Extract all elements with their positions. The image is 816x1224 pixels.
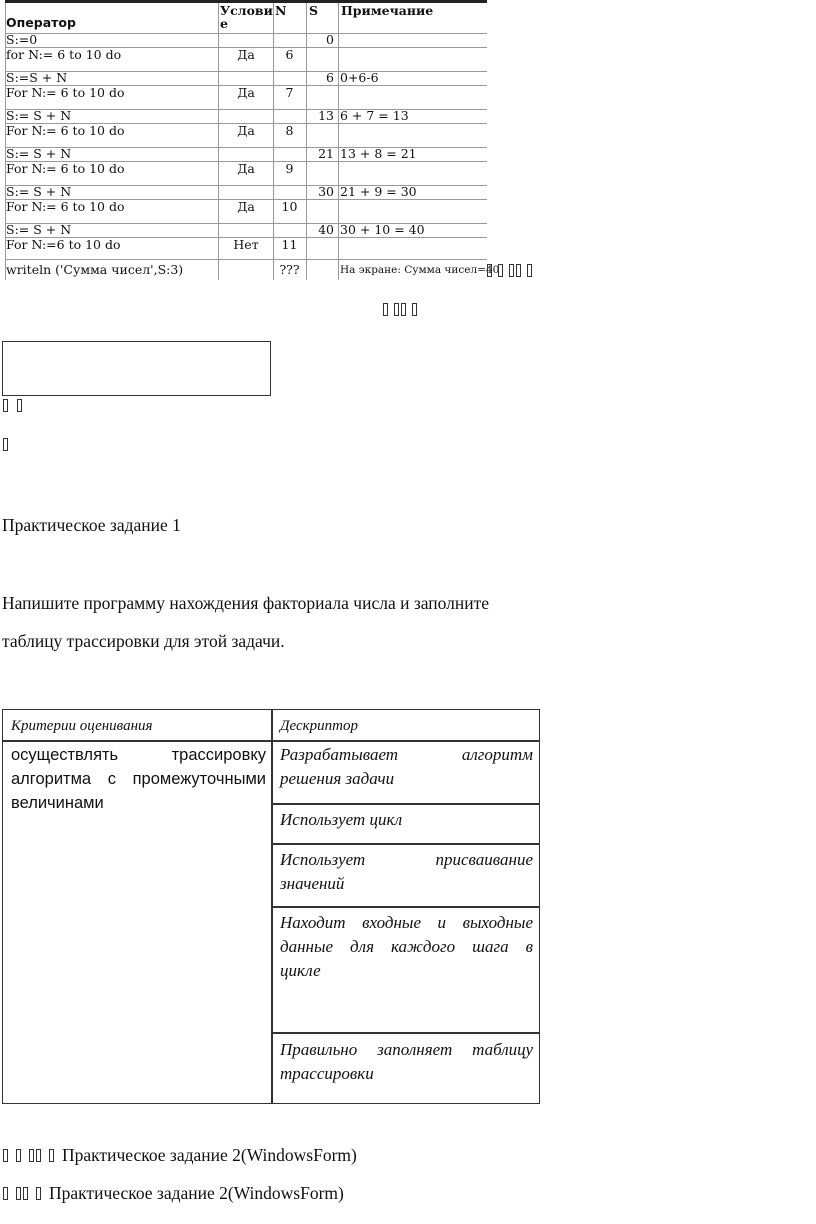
- missing-glyph-group: [383, 303, 417, 316]
- cell-n: 6: [273, 47, 306, 71]
- descriptor-4-line1: Находит входные и выходные: [280, 911, 533, 935]
- cell-s: 40: [307, 223, 338, 237]
- missing-glyph-icon: [16, 1187, 21, 1200]
- descriptor-5-line2: трассировки: [280, 1062, 533, 1086]
- cell-n: 9: [273, 161, 306, 185]
- column-divider: [273, 3, 274, 280]
- cell-note: 21 + 9 = 30: [339, 185, 487, 199]
- header-s: S: [307, 3, 338, 33]
- cell-s: 13: [307, 109, 338, 123]
- criterion-line1-right: трассировку: [172, 743, 266, 767]
- descriptor-3-line1: Использует присваивание: [280, 848, 533, 872]
- missing-glyph-pair: [509, 264, 521, 277]
- cell-n: [273, 33, 306, 47]
- missing-glyph-icon: [509, 264, 514, 277]
- cell-note: 6 + 7 = 13: [339, 109, 487, 123]
- cell-n: 11: [273, 237, 306, 259]
- header-criteria: Критерии оценивания: [11, 714, 266, 738]
- cell-note: [339, 33, 487, 47]
- cell-operator: For N:= 6 to 10 do: [5, 85, 218, 109]
- cell-operator: S:= S + N: [5, 185, 218, 199]
- missing-glyph-pair: [16, 1187, 28, 1200]
- cell-condition: Да: [219, 199, 273, 223]
- cell-n: 8: [273, 123, 306, 147]
- missing-glyph-icon: [401, 303, 406, 316]
- cell-s: 0: [307, 33, 338, 47]
- cell-operator: For N:= 6 to 10 do: [5, 199, 218, 223]
- cell-condition: [219, 71, 273, 85]
- cell-note: [339, 85, 487, 109]
- cell-s: 21: [307, 147, 338, 161]
- table-row: For N:= 6 to 10 doДа10: [5, 199, 487, 224]
- practical-task-1-instruction-line2: таблицу трассировки для этой задачи.: [2, 631, 285, 652]
- cell-note: [339, 123, 487, 147]
- missing-glyph-group: [3, 1149, 54, 1162]
- cell-n: [273, 147, 306, 161]
- cell-condition: Да: [219, 85, 273, 109]
- table-row: S:= S + N3021 + 9 = 30: [5, 185, 487, 200]
- table-row: For N:= 6 to 10 doДа7: [5, 85, 487, 110]
- cell-operator: For N:= 6 to 10 do: [5, 161, 218, 185]
- missing-glyph-icon: [498, 264, 503, 277]
- assessment-criteria-table: Критерии оценивания Дескриптор осуществл…: [2, 709, 540, 1104]
- missing-glyph-icon: [3, 399, 8, 412]
- header-condition: Услови е: [219, 3, 273, 33]
- descriptor-4: Находит входные и выходные данные для ка…: [280, 911, 533, 983]
- descriptor-4-line2: данные для каждого шага в: [280, 935, 533, 959]
- row-divider: [272, 803, 539, 805]
- descriptor-3-line2: значений: [280, 872, 533, 896]
- descriptor-1-line2: решения задачи: [280, 767, 533, 791]
- missing-glyph-icon: [3, 1187, 8, 1200]
- cell-condition: [219, 147, 273, 161]
- cell-condition: Да: [219, 47, 273, 71]
- table-row: S:= S + N136 + 7 = 13: [5, 109, 487, 124]
- cell-condition: Да: [219, 161, 273, 185]
- missing-glyph-icon: [383, 303, 388, 316]
- cell-s: 6: [307, 71, 338, 85]
- cell-operator: For N:=6 to 10 do: [5, 237, 218, 259]
- missing-glyph-icon: [3, 438, 8, 451]
- criterion-line: осуществлять трассировку: [11, 743, 266, 767]
- cell-n: [273, 185, 306, 199]
- practical-task-2-line-b: Практическое задание 2(WindowsForm): [3, 1183, 344, 1204]
- cell-note: [339, 199, 487, 223]
- cell-operator: for N:= 6 to 10 do: [5, 47, 218, 71]
- cell-s: [307, 85, 338, 109]
- cell-s: [307, 123, 338, 147]
- row-divider: [272, 906, 539, 908]
- cell-n: [273, 223, 306, 237]
- cell-operator: S:= S + N: [5, 109, 218, 123]
- missing-glyph-icon: [412, 303, 417, 316]
- criterion-line1-left: осуществлять: [11, 743, 118, 767]
- empty-text-frame: [2, 341, 271, 396]
- table-row: S:= S + N2113 + 8 = 21: [5, 147, 487, 162]
- missing-glyph-icon: [23, 1187, 28, 1200]
- header-n: N: [273, 3, 306, 33]
- descriptor-2-line1: Использует цикл: [280, 808, 533, 832]
- cell-operator: S:= S + N: [5, 223, 218, 237]
- column-divider: [306, 3, 307, 280]
- missing-glyph-icon: [36, 1149, 41, 1162]
- cell-n: ???: [273, 259, 306, 283]
- cell-condition: [219, 223, 273, 237]
- cell-note: [339, 161, 487, 185]
- missing-glyph-icon: [29, 1149, 34, 1162]
- header-descriptor: Дескриптор: [280, 714, 535, 738]
- descriptor-2: Использует цикл: [280, 808, 533, 832]
- cell-s: 30: [307, 185, 338, 199]
- header-divider: [3, 740, 539, 742]
- descriptor-3: Использует присваивание значений: [280, 848, 533, 896]
- missing-glyph-group: [3, 399, 22, 412]
- table-row: For N:=6 to 10 doНет11: [5, 237, 487, 260]
- missing-glyph-pair: [29, 1149, 41, 1162]
- cell-note: 13 + 8 = 21: [339, 147, 487, 161]
- descriptor-1: Разрабатывает алгоритм решения задачи: [280, 743, 533, 791]
- table-row: for N:= 6 to 10 doДа6: [5, 47, 487, 72]
- practical-task-2-title: Практическое задание 2(WindowsForm): [62, 1145, 357, 1166]
- missing-glyph-icon: [16, 1149, 21, 1162]
- missing-glyph-icon: [527, 264, 532, 277]
- column-divider: [338, 3, 339, 280]
- cell-n: 7: [273, 85, 306, 109]
- cell-s: [307, 161, 338, 185]
- cell-note: На экране: Сумма чисел=40: [339, 259, 487, 283]
- trace-table-header: Оператор Услови е N S Примечание: [5, 3, 487, 34]
- row-divider: [272, 843, 539, 845]
- criterion-line2: алгоритма с промежуточными: [11, 767, 266, 791]
- cell-condition: Да: [219, 123, 273, 147]
- missing-glyph-group: [3, 1187, 41, 1200]
- cell-note: [339, 237, 487, 259]
- missing-glyph-icon: [36, 1187, 41, 1200]
- cell-operator: For N:= 6 to 10 do: [5, 123, 218, 147]
- missing-glyph-group: [487, 264, 532, 277]
- cell-s: [307, 237, 338, 259]
- cell-note: 0+6-6: [339, 71, 487, 85]
- missing-glyph-icon: [3, 1149, 8, 1162]
- cell-operator: S:=S + N: [5, 71, 218, 85]
- table-row: For N:= 6 to 10 doДа9: [5, 161, 487, 186]
- table-row: writeln ('Сумма чисел',S:3)???На экране:…: [5, 259, 487, 283]
- cell-note: [339, 47, 487, 71]
- descriptor-4-line3: цикле: [280, 959, 533, 983]
- descriptor-5-line1: Правильно заполняет таблицу: [280, 1038, 533, 1062]
- table-row: S:= S + N4030 + 10 = 40: [5, 223, 487, 238]
- cell-operator: S:=0: [5, 33, 218, 47]
- practical-task-2-title: Практическое задание 2(WindowsForm): [49, 1183, 344, 1204]
- table-row: For N:= 6 to 10 doДа8: [5, 123, 487, 148]
- header-note: Примечание: [339, 3, 487, 33]
- descriptor-1-line1: Разрабатывает алгоритм: [280, 743, 533, 767]
- practical-task-2-line-a: Практическое задание 2(WindowsForm): [3, 1145, 357, 1166]
- trace-table: Оператор Услови е N S Примечание S:=00fo…: [5, 0, 487, 3]
- header-condition-line2: е: [220, 17, 273, 30]
- cell-s: [307, 259, 338, 283]
- cell-n: [273, 109, 306, 123]
- missing-glyph-pair: [394, 303, 406, 316]
- cell-operator: S:= S + N: [5, 147, 218, 161]
- cell-s: [307, 199, 338, 223]
- cell-condition: [219, 33, 273, 47]
- practical-task-1-title: Практическое задание 1: [2, 515, 181, 536]
- header-operator: Оператор: [5, 3, 218, 33]
- row-divider: [272, 1032, 539, 1034]
- descriptor-5: Правильно заполняет таблицу трассировки: [280, 1038, 533, 1086]
- cell-condition: Нет: [219, 237, 273, 259]
- practical-task-1-instruction-line1: Напишите программу нахождения факториала…: [2, 593, 489, 614]
- cell-n: [273, 71, 306, 85]
- cell-n: 10: [273, 199, 306, 223]
- missing-glyph-icon: [394, 303, 399, 316]
- cell-note: 30 + 10 = 40: [339, 223, 487, 237]
- table-border-left: [5, 3, 6, 280]
- missing-glyph-icon: [49, 1149, 54, 1162]
- missing-glyph-icon: [17, 399, 22, 412]
- missing-glyph-icon: [487, 264, 492, 277]
- cell-s: [307, 47, 338, 71]
- cell-condition: [219, 185, 273, 199]
- cell-operator: writeln ('Сумма чисел',S:3): [5, 259, 218, 283]
- cell-condition: [219, 259, 273, 283]
- cell-condition: [219, 109, 273, 123]
- column-divider: [218, 3, 219, 280]
- table-row: S:=00: [5, 33, 487, 48]
- criterion-text: осуществлять трассировку алгоритма с про…: [11, 743, 266, 815]
- criterion-line3: величинами: [11, 791, 266, 815]
- table-row: S:=S + N60+6-6: [5, 71, 487, 86]
- missing-glyph-group: [3, 438, 8, 451]
- missing-glyph-icon: [516, 264, 521, 277]
